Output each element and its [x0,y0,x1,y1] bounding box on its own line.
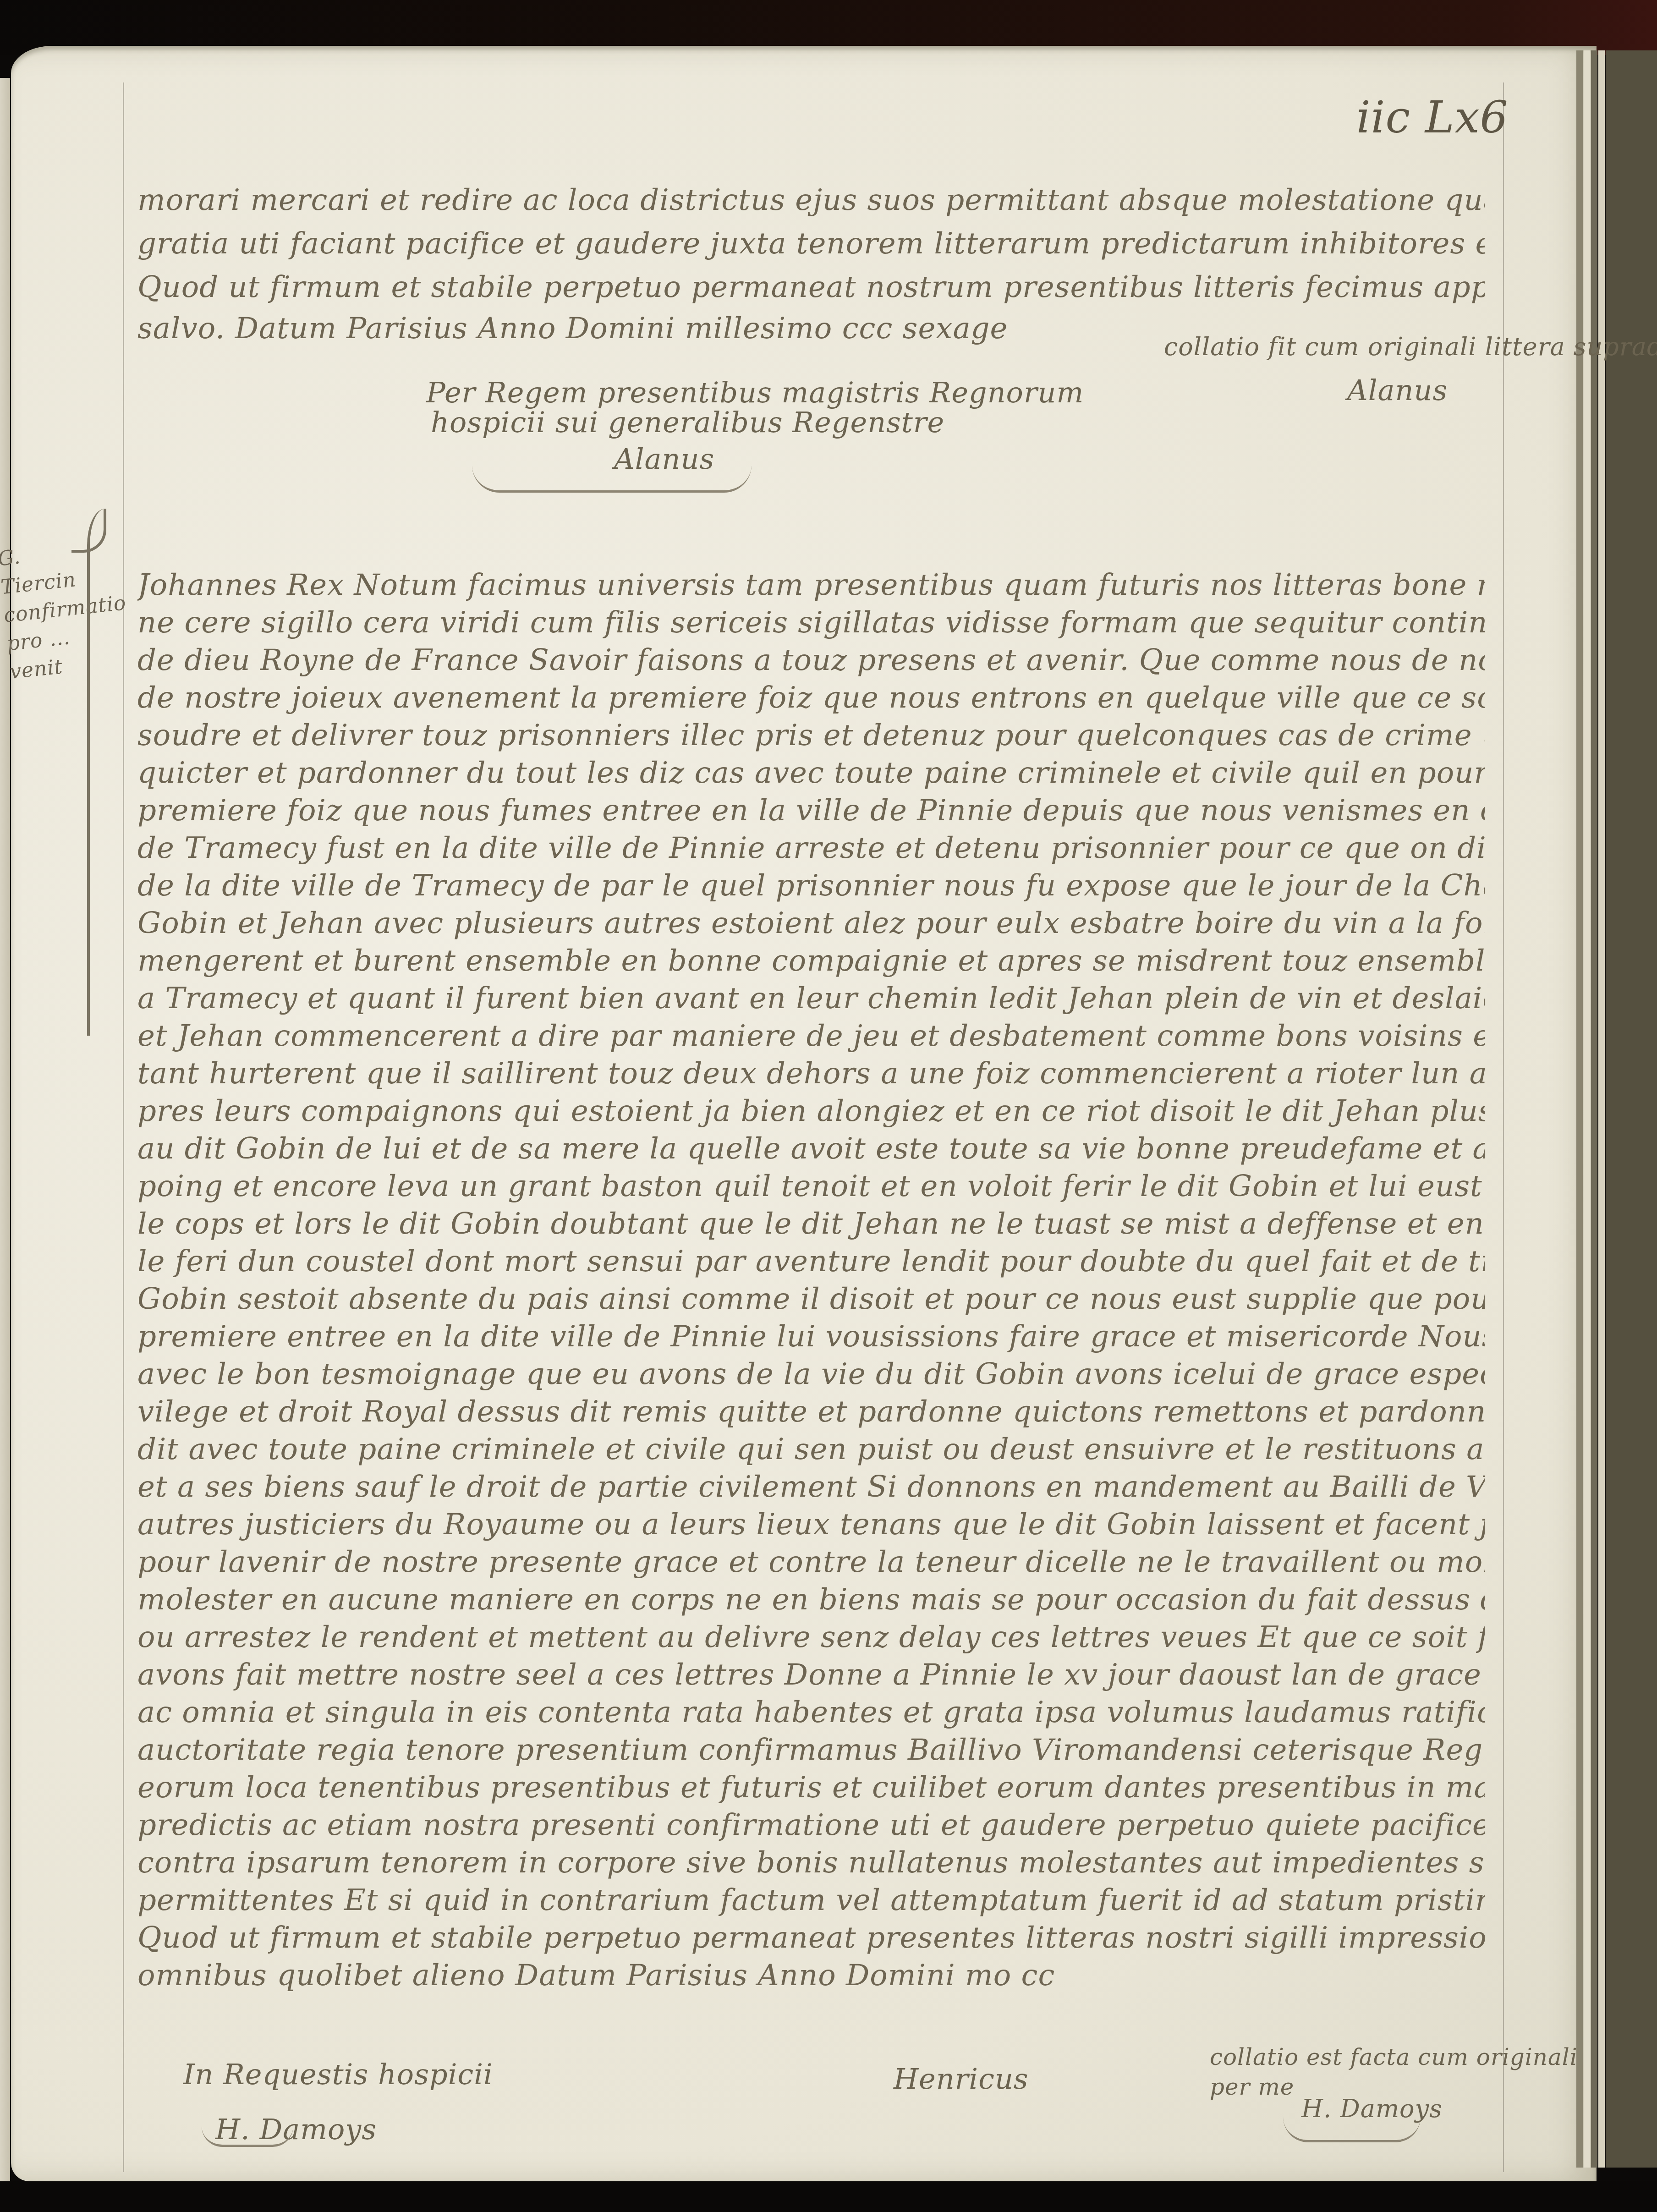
text-line: de dieu Royne de France Savoir faisons a… [137,643,1485,677]
text-line: le cops et lors le dit Gobin doubtant qu… [137,1207,1485,1241]
signature-flourish [472,463,752,493]
text-line: eorum loca tenentibus presentibus et fut… [137,1771,1485,1805]
text-line: le feri dun coustel dont mort sensui par… [137,1245,1485,1279]
text-line: Gobin et Jehan avec plusieurs autres est… [137,906,1485,940]
signature-henricus: Henricus [894,2062,1029,2096]
ruling-line-right [1503,82,1504,2172]
text-line: premiere entree en la dite ville de Pinn… [137,1320,1485,1354]
text-line: omnibus quolibet alieno Datum Parisius A… [137,1959,1054,1992]
text-line: morari mercari et redire ac loca distric… [137,183,1485,217]
text-line: salvo. Datum Parisius Anno Domini milles… [137,312,1008,346]
text-line: et Jehan commencerent a dire par maniere… [137,1019,1485,1053]
text-line: auctoritate regia tenore presentium conf… [137,1733,1485,1767]
text-line: de la dite ville de Tramecy de par le qu… [137,869,1485,903]
decorated-initial-j [87,509,145,1036]
text-line: avons fait mettre nostre seel a ces lett… [137,1658,1485,1692]
text-line: Quod ut firmum et stabile perpetuo perma… [137,1921,1485,1955]
text-line: ou arrestez le rendent et mettent au del… [137,1620,1485,1654]
margin-note: G. Tiercin confirmatio pro ... venit [0,537,89,686]
margin-note-line: G. Tiercin [0,537,80,602]
text-line: vilege et droit Royal dessus dit remis q… [137,1395,1485,1429]
text-line: molester en aucune maniere en corps ne e… [137,1583,1485,1617]
text-line: au dit Gobin de lui et de sa mere la que… [137,1132,1485,1166]
text-line: et a ses biens sauf le droit de partie c… [137,1470,1485,1504]
text-line: soudre et delivrer touz prisonniers ille… [137,719,1485,752]
text-line: ne cere sigillo cera viridi cum filis se… [137,606,1485,640]
page-fore-edge [1591,50,1597,2168]
text-line: poing et encore leva un grant baston qui… [137,1169,1485,1203]
folio-number: iic Lx6 [1356,92,1509,143]
signature-flourish [1283,2117,1421,2142]
left-page-edge [0,78,10,2186]
text-line: a Tramecy et quant il furent bien avant … [137,982,1485,1015]
subscription-line: hospicii sui generalibus Regenstre [431,406,944,439]
text-line: mengerent et burent ensemble en bonne co… [137,944,1485,978]
page-fore-edge [1584,50,1590,2168]
signature-alanus-right: Alanus [1347,373,1448,407]
text-line: de nostre joieux avenement la premiere f… [137,681,1485,715]
text-line: Gobin sestoit absente du pais ainsi comm… [137,1282,1485,1316]
ruling-line-left [123,82,124,2172]
margin-note-line: pro ... venit [5,622,89,686]
text-line: Johannes Rex Notum facimus universis tam… [137,568,1485,602]
text-line: predictis ac etiam nostra presenti confi… [137,1808,1485,1842]
background-bottom [0,2181,1657,2212]
book-cover-edge [1606,50,1657,2168]
text-line: avec le bon tesmoignage que eu avons de … [137,1357,1485,1391]
page-fore-edge [1598,50,1605,2168]
text-line: gratia uti faciant pacifice et gaudere j… [137,227,1485,261]
subscription-line: Per Regem presentibus magistris Regnorum [426,376,1084,409]
text-line: Quod ut firmum et stabile perpetuo perma… [137,270,1485,304]
text-line: autres justiciers du Royaume ou a leurs … [137,1508,1485,1542]
collation-per-me: per me [1210,2074,1294,2100]
text-line: contra ipsarum tenorem in corpore sive b… [137,1846,1485,1880]
text-line: quicter et pardonner du tout les diz cas… [137,756,1485,790]
text-line: premiere foiz que nous fumes entree en l… [137,794,1485,828]
text-line: pres leurs compaignons qui estoient ja b… [137,1094,1485,1128]
text-line: de Tramecy fust en la dite ville de Pinn… [137,831,1485,865]
signature-flourish [202,2126,293,2147]
collation-note: collatio fit cum originali littera supra… [1164,332,1657,361]
text-line: tant hurterent que il saillirent touz de… [137,1057,1485,1091]
text-line: ac omnia et singula in eis contenta rata… [137,1696,1485,1729]
collation-note-bottom: collatio est facta cum originali [1210,2044,1578,2070]
text-line: dit avec toute paine criminele et civile… [137,1433,1485,1466]
text-line: permittentes Et si quid in contrarium fa… [137,1883,1485,1917]
page-fore-edge [1576,50,1583,2168]
subscription-requestis: In Requestis hospicii [183,2058,493,2091]
text-line: pour lavenir de nostre presente grace et… [137,1545,1485,1579]
